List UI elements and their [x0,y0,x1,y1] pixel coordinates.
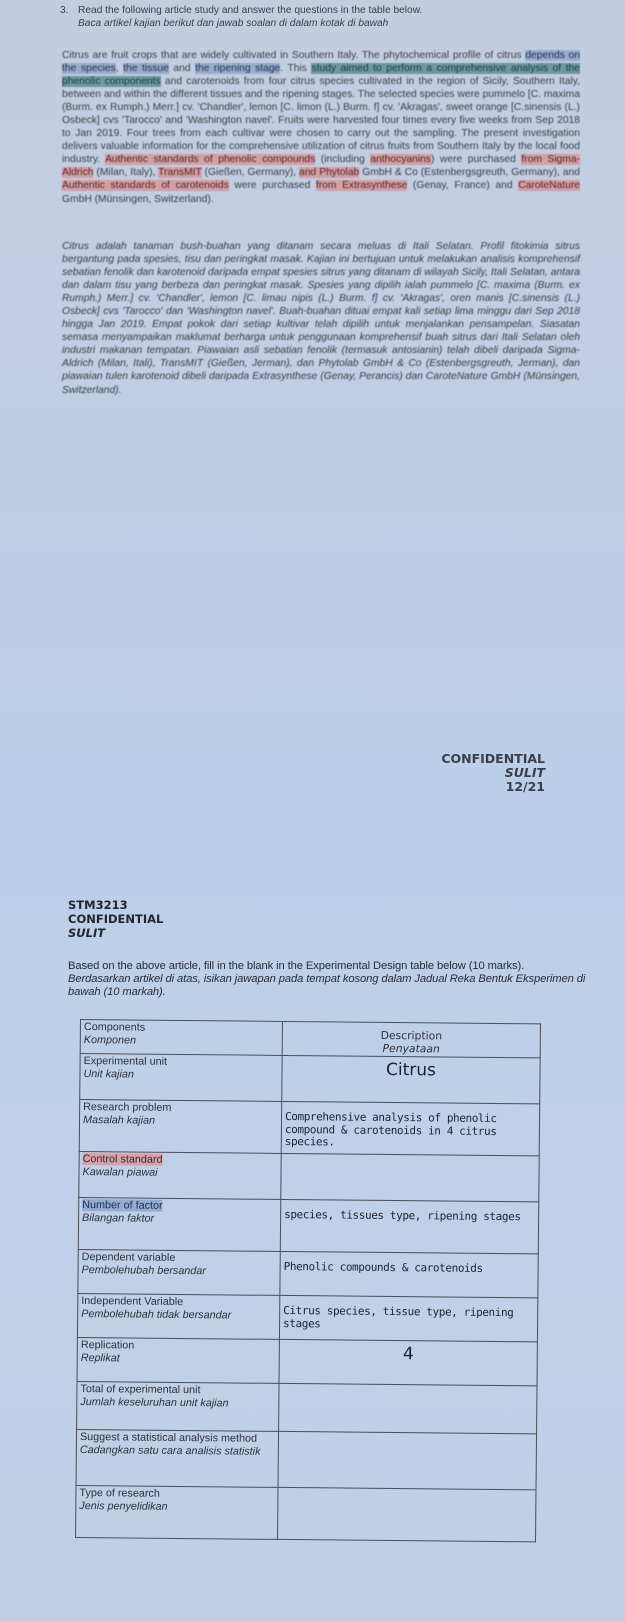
instructions-ms: Berdasarkan artikel di atas, isikan jawa… [68,973,608,999]
instructions-en: Based on the above article, fill in the … [68,960,524,972]
article-text: and [169,63,195,74]
highlighted-text: the tissue [123,63,169,74]
highlighted-text: from Extrasynthese [316,180,407,191]
article-malay: Citrus adalah tanaman bush-buahan yang d… [62,240,580,397]
page-header: STM3213 CONFIDENTIAL SULIT [68,898,163,940]
article-text: and carotenoids from four citrus species… [62,76,580,165]
component-cell: Dependent variablePembolehubah bersandar [78,1250,280,1296]
table-instructions: Based on the above article, fill in the … [68,960,608,1000]
handwritten-answer: Citrus species, tissue type, ripening st… [283,1297,534,1333]
component-label-ms: Replikat [81,1352,276,1366]
handwritten-answer [281,1489,532,1491]
highlighted-text: Authentic standards of phenolic compound… [105,154,315,165]
component-label-ms: Pembolehubah bersandar [82,1264,277,1278]
component-label-ms: Jenis penyelidikan [79,1500,274,1514]
highlighted-label: Control standard [83,1153,163,1166]
handwritten-answer: Citrus [285,1057,536,1078]
table-row: Suggest a statistical analysis methodCad… [76,1430,537,1490]
page-footer: CONFIDENTIAL SULIT 12/21 [441,752,545,794]
component-cell: Suggest a statistical analysis methodCad… [76,1430,279,1488]
highlighted-text: TransMIT [158,167,201,178]
article-english: Citrus are fruit crops that are widely c… [62,49,580,206]
table-row: Independent VariablePembolehubah tidak b… [77,1294,537,1342]
table-row: ReplicationReplikat4 [77,1338,537,1386]
component-label-ms: Unit kajian [83,1068,278,1082]
component-label-ms: Pembolehubah tidak bersandar [81,1308,276,1322]
header-description: Description Penyataan [282,1021,540,1058]
handwritten-answer [282,1385,533,1387]
table-row: Dependent variablePembolehubah bersandar… [78,1250,538,1298]
question-instruction-en: Read the following article study and ans… [78,5,422,16]
answer-cell[interactable]: Phenolic compounds & carotenoids [280,1252,538,1298]
answer-cell[interactable]: species, tissues type, ripening stages [280,1200,538,1254]
answer-cell[interactable] [278,1432,537,1490]
table-row: Type of researchJenis penyelidikan [76,1486,536,1542]
question-3: 3. Read the following article study and … [62,4,582,30]
answer-cell[interactable] [281,1154,539,1202]
table-row: Total of experimental unitJumlah keselur… [77,1382,537,1434]
table-header-row: Components Komponen Description Penyataa… [80,1020,540,1059]
answer-cell[interactable]: 4 [279,1340,537,1386]
table-row: Research problemMasalah kajianComprehens… [79,1100,539,1156]
handwritten-answer: Phenolic compounds & carotenoids [284,1253,535,1276]
handwritten-answer [282,1433,533,1435]
header-components: Components Komponen [80,1020,282,1056]
article-text: were purchased [229,180,316,191]
article-text: GmbH (Münsingen, Switzerland). [62,194,214,205]
table-row: Number of factorBilangan faktorspecies, … [78,1198,538,1254]
table-row: Experimental unitUnit kajianCitrus [80,1054,540,1104]
article-text: ) were purchased [431,154,521,165]
answer-cell[interactable]: Citrus [282,1056,540,1104]
component-label-ms: Cadangkan satu cara analisis statistik [80,1444,275,1458]
question-instruction-ms: Baca artikel kajian berikut dan jawab so… [78,17,582,30]
highlighted-text: anthocyanins [370,154,431,165]
highlighted-text: the ripening stage [195,63,280,74]
highlighted-text: and Phytolab [299,167,359,178]
highlighted-text: Authentic standards of carotenoids [62,180,229,191]
component-label-ms: Kawalan piawai [82,1166,277,1180]
highlighted-text: CaroteNature [518,180,580,191]
header-sulit: SULIT [68,926,163,940]
component-cell: Type of researchJenis penyelidikan [76,1486,278,1540]
component-cell: Total of experimental unitJumlah keselur… [77,1382,279,1432]
component-cell: Research problemMasalah kajian [79,1100,281,1154]
article-text: . This [280,63,311,74]
handwritten-answer: Comprehensive analysis of phenolic compo… [285,1103,536,1151]
article-text: (Gießen, Germany), [202,167,299,178]
handwritten-answer: species, tissues type, ripening stages [284,1201,535,1224]
exam-page: 3. Read the following article study and … [0,0,625,1621]
handwritten-answer: 4 [283,1341,534,1362]
footer-sulit: SULIT [441,766,545,780]
article-text: (Milan, Italy), [93,167,158,178]
handwritten-answer [285,1155,536,1157]
header-confidential: CONFIDENTIAL [68,912,163,926]
experimental-design-table: Components Komponen Description Penyataa… [75,1019,541,1543]
article-text: GmbH & Co (Estenbergsgreuth, Germany), a… [359,167,580,178]
answer-cell[interactable]: Citrus species, tissue type, ripening st… [279,1296,537,1342]
component-cell: Experimental unitUnit kajian [80,1054,282,1102]
component-label-ms: Bilangan faktor [82,1212,277,1226]
answer-cell[interactable] [279,1384,537,1434]
component-cell: ReplicationReplikat [77,1338,279,1384]
answer-cell[interactable]: Comprehensive analysis of phenolic compo… [281,1102,539,1156]
page-number: 12/21 [441,780,545,794]
component-cell: Control standardKawalan piawai [79,1152,281,1200]
article-text: (Genay, France) and [407,180,518,191]
course-code: STM3213 [68,898,163,912]
component-label-ms: Jumlah keseluruhan unit kajian [80,1396,275,1410]
highlighted-label: Number of factor [82,1199,163,1212]
component-label-ms: Masalah kajian [83,1114,278,1128]
component-cell: Independent VariablePembolehubah tidak b… [77,1294,279,1340]
article-text: Citrus are fruit crops that are widely c… [62,50,525,61]
article-text: (including [315,154,370,165]
component-cell: Number of factorBilangan faktor [78,1198,280,1252]
answer-cell[interactable] [278,1488,536,1542]
question-number: 3. [60,4,69,17]
table-row: Control standardKawalan piawai [79,1152,539,1202]
footer-confidential: CONFIDENTIAL [441,752,545,766]
